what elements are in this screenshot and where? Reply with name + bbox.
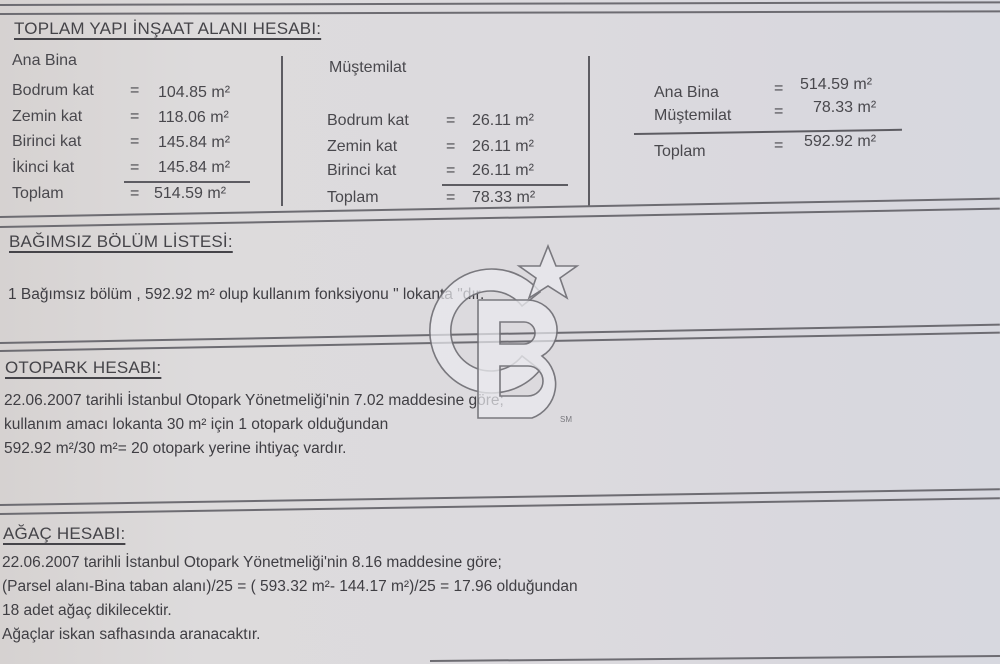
mustemilat-label: Müştemilat	[329, 59, 406, 77]
total-label: Toplam	[327, 189, 379, 207]
top-rule-2	[0, 10, 1000, 15]
total-eq: =	[446, 189, 455, 207]
row-value: 26.11 m²	[472, 138, 534, 156]
total-eq: =	[774, 137, 783, 155]
total-value: 514.59 m²	[154, 185, 226, 203]
tree-text: 22.06.2007 tarihli İstanbul Otopark Yöne…	[2, 554, 578, 650]
row-eq: =	[130, 133, 139, 151]
row-value: 26.11 m²	[472, 112, 534, 130]
row-label: Birinci kat	[12, 133, 81, 151]
row-label: İkinci kat	[12, 159, 74, 177]
row-eq: =	[446, 112, 455, 130]
total-area-heading: TOPLAM YAPI İNŞAAT ALANI HESABI:	[14, 19, 321, 39]
top-rule-1	[0, 1, 1000, 6]
row-eq: =	[774, 103, 783, 121]
row-value: 145.84 m²	[158, 159, 230, 177]
row-eq: =	[446, 138, 455, 156]
total-label: Toplam	[12, 185, 64, 203]
bottom-rule	[430, 655, 1000, 662]
row-value: 26.11 m²	[472, 162, 534, 180]
column-divider	[281, 56, 283, 206]
row-label: Müştemilat	[654, 107, 731, 125]
row-eq: =	[446, 162, 455, 180]
row-value: 514.59 m²	[800, 76, 872, 94]
section-separator	[0, 488, 1000, 506]
row-value: 118.06 m²	[158, 109, 229, 127]
row-label: Bodrum kat	[327, 112, 409, 130]
svg-text:SM: SM	[560, 415, 572, 424]
section-separator	[0, 497, 1000, 515]
row-value: 78.33 m²	[813, 99, 876, 117]
sum-line	[124, 181, 250, 183]
total-label: Toplam	[654, 143, 706, 161]
independent-units-heading: BAĞIMSIZ BÖLÜM LİSTESİ:	[9, 232, 233, 252]
column-divider	[588, 56, 590, 206]
sum-line	[442, 184, 568, 186]
tree-line: 22.06.2007 tarihli İstanbul Otopark Yöne…	[2, 554, 578, 578]
total-eq: =	[130, 185, 139, 203]
total-value: 592.92 m²	[804, 133, 876, 151]
row-label: Birinci kat	[327, 162, 396, 180]
row-eq: =	[130, 82, 139, 100]
row-value: 104.85 m²	[158, 84, 230, 102]
tree-line: Ağaçlar iskan safhasında aranacaktır.	[2, 626, 578, 650]
row-value: 145.84 m²	[158, 134, 230, 152]
row-label: Zemin kat	[12, 108, 82, 126]
ana-bina-label: Ana Bina	[12, 52, 77, 70]
row-eq: =	[130, 108, 139, 126]
section-separator	[0, 208, 1000, 228]
row-label: Ana Bina	[654, 84, 719, 102]
independent-units-text: 1 Bağımsız bölüm , 592.92 m² olup kullan…	[8, 286, 484, 304]
parking-line: 592.92 m²/30 m²= 20 otopark yerine ihtiy…	[4, 440, 504, 464]
row-label: Bodrum kat	[12, 82, 94, 100]
tree-line: 18 adet ağaç dikilecektir.	[2, 602, 578, 626]
row-eq: =	[774, 80, 783, 98]
tree-line: (Parsel alanı-Bina taban alanı)/25 = ( 5…	[2, 578, 578, 602]
tree-heading: AĞAÇ HESABI:	[3, 524, 125, 544]
cb-star-logo-icon: SM	[420, 240, 600, 430]
row-eq: =	[130, 159, 139, 177]
parking-heading: OTOPARK HESABI:	[5, 358, 161, 378]
row-label: Zemin kat	[327, 138, 397, 156]
total-value: 78.33 m²	[472, 189, 535, 207]
